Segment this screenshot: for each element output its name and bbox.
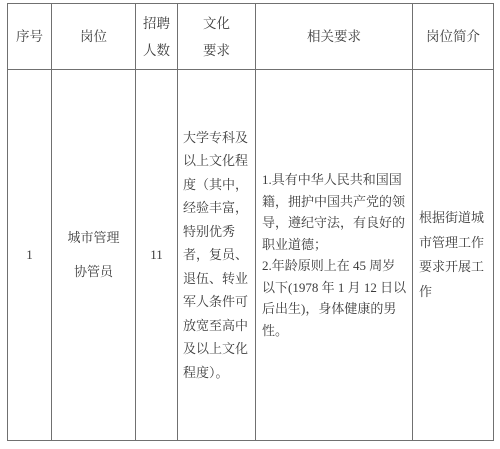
cell-related-requirements: 1.具有中华人民共和国国籍，拥护中国共产党的领导，遵纪守法，有良好的职业道德； …: [256, 70, 413, 441]
cell-position: 城市管理 协管员: [52, 70, 136, 441]
header-job-intro: 岗位简介: [413, 4, 494, 70]
table-row: 1 城市管理 协管员 11 大学专科及以上文化程度（其中，经验丰富，特别优秀者，…: [8, 70, 494, 441]
cell-job-intro: 根据街道城市管理工作要求开展工作: [413, 70, 494, 441]
header-serial-number: 序号: [8, 4, 52, 70]
cell-serial-number: 1: [8, 70, 52, 441]
recruitment-table: 序号 岗位 招聘 人数 文化 要求 相关要求 岗位简介 1 城市管理 协管员 1…: [7, 3, 494, 441]
document-page: 序号 岗位 招聘 人数 文化 要求 相关要求 岗位简介 1 城市管理 协管员 1…: [0, 0, 500, 449]
cell-recruit-count: 11: [136, 70, 178, 441]
header-position: 岗位: [52, 4, 136, 70]
header-recruit-count: 招聘 人数: [136, 4, 178, 70]
cell-education-requirement: 大学专科及以上文化程度（其中，经验丰富，特别优秀者，复员、退伍、转业军人条件可放…: [178, 70, 256, 441]
header-related-requirements: 相关要求: [256, 4, 413, 70]
header-education-requirement: 文化 要求: [178, 4, 256, 70]
header-row: 序号 岗位 招聘 人数 文化 要求 相关要求 岗位简介: [8, 4, 494, 70]
